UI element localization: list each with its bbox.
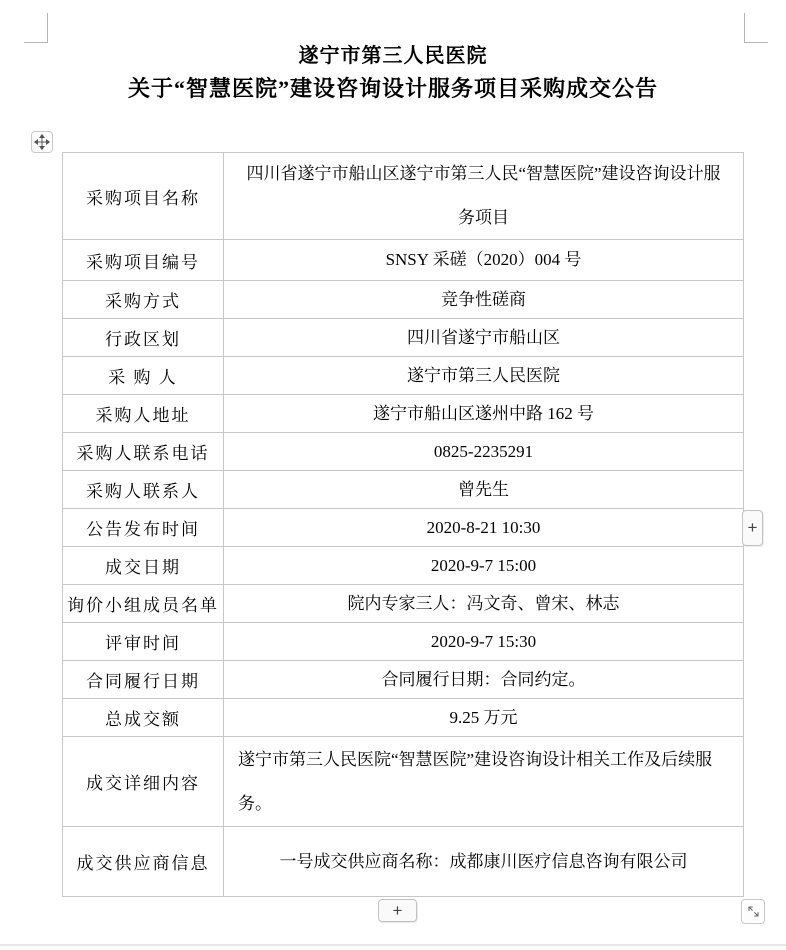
table-row: 采购人联系人曾先生 [63,471,744,509]
table-row: 成交供应商信息一号成交供应商名称：成都康川医疗信息咨询有限公司 [63,827,744,897]
table-row: 采购方式竞争性磋商 [63,281,744,319]
row-value-cell[interactable]: 9.25 万元 [224,699,744,736]
procurement-table-body: 采购项目名称四川省遂宁市船山区遂宁市第三人民“智慧医院”建设咨询设计服务项目采购… [63,153,744,897]
row-label: 评审时间 [105,629,181,654]
row-value: 9.25 万元 [238,696,729,740]
table-row: 采购人联系电话0825-2235291 [63,433,744,471]
page-bottom-rule [0,944,786,946]
row-label-cell[interactable]: 询价小组成员名单 [63,585,224,622]
row-value-cell[interactable]: 遂宁市第三人民医院 [224,357,744,394]
row-label: 行政区划 [105,325,181,350]
row-label-cell[interactable]: 采购项目名称 [63,153,224,239]
row-label: 采购方式 [105,287,181,312]
row-label: 询价小组成员名单 [67,591,219,616]
row-value-cell[interactable]: SNSY 采磋（2020）004 号 [224,240,744,280]
row-value-cell[interactable]: 遂宁市船山区遂州中路 162 号 [224,395,744,432]
title-line-2: 关于“智慧医院”建设咨询设计服务项目采购成交公告 [0,71,786,107]
row-value-cell[interactable]: 院内专家三人：冯文奇、曾宋、林志 [224,585,744,622]
row-value-cell[interactable]: 遂宁市第三人民医院“智慧医院”建设咨询设计相关工作及后续服务。 [224,737,744,826]
row-label: 采购人联系人 [86,477,200,502]
table-resize-handle[interactable] [741,899,765,924]
row-label-cell[interactable]: 行政区划 [63,319,224,356]
row-value-cell[interactable]: 合同履行日期：合同约定。 [224,661,744,698]
row-label-cell[interactable]: 采购人联系电话 [63,433,224,470]
resize-icon [746,904,761,919]
row-label-cell[interactable]: 成交日期 [63,547,224,584]
row-label: 总成交额 [105,705,181,730]
title-line-1: 遂宁市第三人民医院 [0,41,786,71]
table-row: 总成交额9.25 万元 [63,699,744,737]
row-label-cell[interactable]: 总成交额 [63,699,224,736]
row-value: SNSY 采磋（2020）004 号 [238,238,729,282]
table-row: 成交详细内容遂宁市第三人民医院“智慧医院”建设咨询设计相关工作及后续服务。 [63,737,744,827]
row-value-cell[interactable]: 2020-9-7 15:30 [224,623,744,660]
row-label: 公告发布时间 [86,515,200,540]
row-value-cell[interactable]: 2020-8-21 10:30 [224,509,744,546]
table-row: 采购项目名称四川省遂宁市船山区遂宁市第三人民“智慧医院”建设咨询设计服务项目 [63,153,744,240]
table-row: 行政区划四川省遂宁市船山区 [63,319,744,357]
add-column-button[interactable]: + [742,510,763,546]
row-label: 采购人地址 [96,401,191,426]
row-label: 合同履行日期 [86,667,200,692]
row-label-cell[interactable]: 采购人地址 [63,395,224,432]
row-label-cell[interactable]: 采购方式 [63,281,224,318]
page-margin-mark-top-right [744,13,768,43]
row-value-cell[interactable]: 竞争性磋商 [224,281,744,318]
row-label: 成交日期 [105,553,181,578]
row-value: 遂宁市第三人民医院“智慧医院”建设咨询设计相关工作及后续服务。 [238,738,729,826]
table-row: 合同履行日期合同履行日期：合同约定。 [63,661,744,699]
row-value: 四川省遂宁市船山区遂宁市第三人民“智慧医院”建设咨询设计服务项目 [238,152,729,240]
table-row: 采购项目编号SNSY 采磋（2020）004 号 [63,240,744,281]
move-icon [34,134,50,150]
row-label: 成交详细内容 [86,769,200,794]
table-row: 采购人地址遂宁市船山区遂州中路 162 号 [63,395,744,433]
table-row: 评审时间2020-9-7 15:30 [63,623,744,661]
table-row: 采 购 人遂宁市第三人民医院 [63,357,744,395]
row-value-cell[interactable]: 四川省遂宁市船山区遂宁市第三人民“智慧医院”建设咨询设计服务项目 [224,153,744,239]
table-row: 询价小组成员名单院内专家三人：冯文奇、曾宋、林志 [63,585,744,623]
row-label-cell[interactable]: 采 购 人 [63,357,224,394]
row-label: 采购项目编号 [86,248,200,273]
table-move-handle[interactable] [31,131,53,153]
row-label: 采购人联系电话 [77,439,210,464]
row-label-cell[interactable]: 采购人联系人 [63,471,224,508]
row-value-cell[interactable]: 四川省遂宁市船山区 [224,319,744,356]
add-row-button[interactable]: + [378,899,417,922]
document-page: { "document": { "title_line1": "遂宁市第三人民医… [0,0,786,950]
page-margin-mark-top-left [24,13,48,43]
document-title: 遂宁市第三人民医院 关于“智慧医院”建设咨询设计服务项目采购成交公告 [0,41,786,107]
procurement-table: 采购项目名称四川省遂宁市船山区遂宁市第三人民“智慧医院”建设咨询设计服务项目采购… [62,152,744,897]
row-value: 一号成交供应商名称：成都康川医疗信息咨询有限公司 [238,840,729,884]
row-label: 成交供应商信息 [77,849,210,874]
row-label: 采 购 人 [108,363,178,388]
row-value-cell[interactable]: 0825-2235291 [224,433,744,470]
row-value-cell[interactable]: 2020-9-7 15:00 [224,547,744,584]
plus-icon: + [748,518,758,538]
table-row: 公告发布时间2020-8-21 10:30 [63,509,744,547]
row-label-cell[interactable]: 成交详细内容 [63,737,224,826]
plus-icon: + [393,901,403,921]
row-label-cell[interactable]: 合同履行日期 [63,661,224,698]
row-value-cell[interactable]: 一号成交供应商名称：成都康川医疗信息咨询有限公司 [224,827,744,896]
row-label: 采购项目名称 [86,184,200,209]
table-row: 成交日期2020-9-7 15:00 [63,547,744,585]
row-label-cell[interactable]: 成交供应商信息 [63,827,224,896]
row-label-cell[interactable]: 公告发布时间 [63,509,224,546]
row-label-cell[interactable]: 评审时间 [63,623,224,660]
row-label-cell[interactable]: 采购项目编号 [63,240,224,280]
row-value-cell[interactable]: 曾先生 [224,471,744,508]
